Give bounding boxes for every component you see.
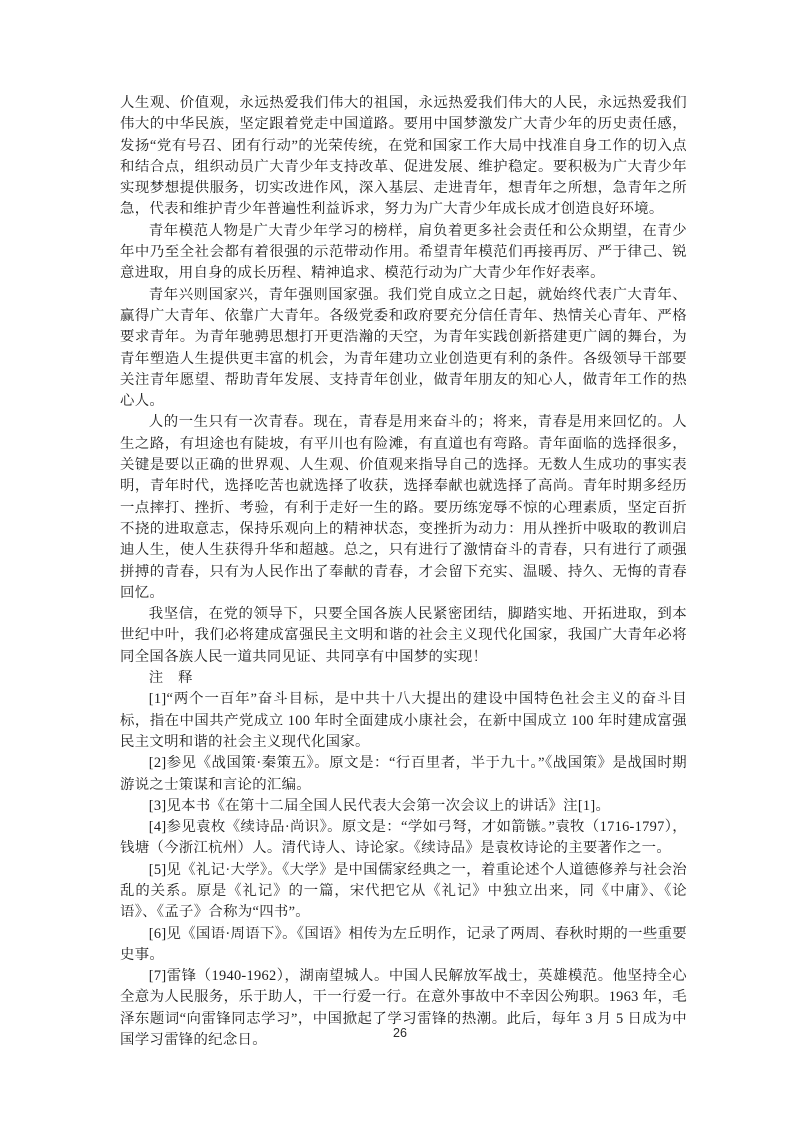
footnote: [3]见本书《在第十二届全国人民代表大会第一次会议上的讲话》注[1]。 xyxy=(120,796,687,817)
notes-heading: 注 释 xyxy=(120,668,687,689)
body-paragraph: 人的一生只有一次青春。现在，青春是用来奋斗的；将来，青春是用来回忆的。人生之路，… xyxy=(120,412,687,604)
page-body: 人生观、价值观，永远热爱我们伟大的祖国，永远热爱我们伟大的人民，永远热爱我们伟大… xyxy=(120,93,687,1051)
footnote: [5]见《礼记·大学》。《大学》是中国儒家经典之一，着重论述个人道德修养与社会治… xyxy=(120,860,687,924)
page-number: 26 xyxy=(0,1026,800,1040)
document-page: 人生观、价值观，永远热爱我们伟大的祖国，永远热爱我们伟大的人民，永远热爱我们伟大… xyxy=(0,0,800,1131)
body-paragraph: 青年兴则国家兴，青年强则国家强。我们党自成立之日起，就始终代表广大青年、赢得广大… xyxy=(120,285,687,413)
footnote: [1]“两个一百年”奋斗目标，是中共十八大提出的建设中国特色社会主义的奋斗目标，… xyxy=(120,689,687,753)
body-paragraph: 青年模范人物是广大青少年学习的榜样，肩负着更多社会责任和公众期望，在青少年中乃至… xyxy=(120,221,687,285)
body-paragraph-continuation: 人生观、价值观，永远热爱我们伟大的祖国，永远热爱我们伟大的人民，永远热爱我们伟大… xyxy=(120,93,687,221)
footnote: [4]参见袁枚《续诗品·尚识》。原文是：“学如弓弩，才如箭镞。”袁牧（1716-… xyxy=(120,817,687,860)
body-paragraph: 我坚信，在党的领导下，只要全国各族人民紧密团结，脚踏实地、开拓进取，到本世纪中叶… xyxy=(120,604,687,668)
footnote: [2]参见《战国策·秦策五》。原文是：“行百里者，半于九十。”《战国策》是战国时… xyxy=(120,753,687,796)
footnote: [6]见《国语·周语下》。《国语》相传为左丘明作，记录了两周、春秋时期的一些重要… xyxy=(120,924,687,967)
